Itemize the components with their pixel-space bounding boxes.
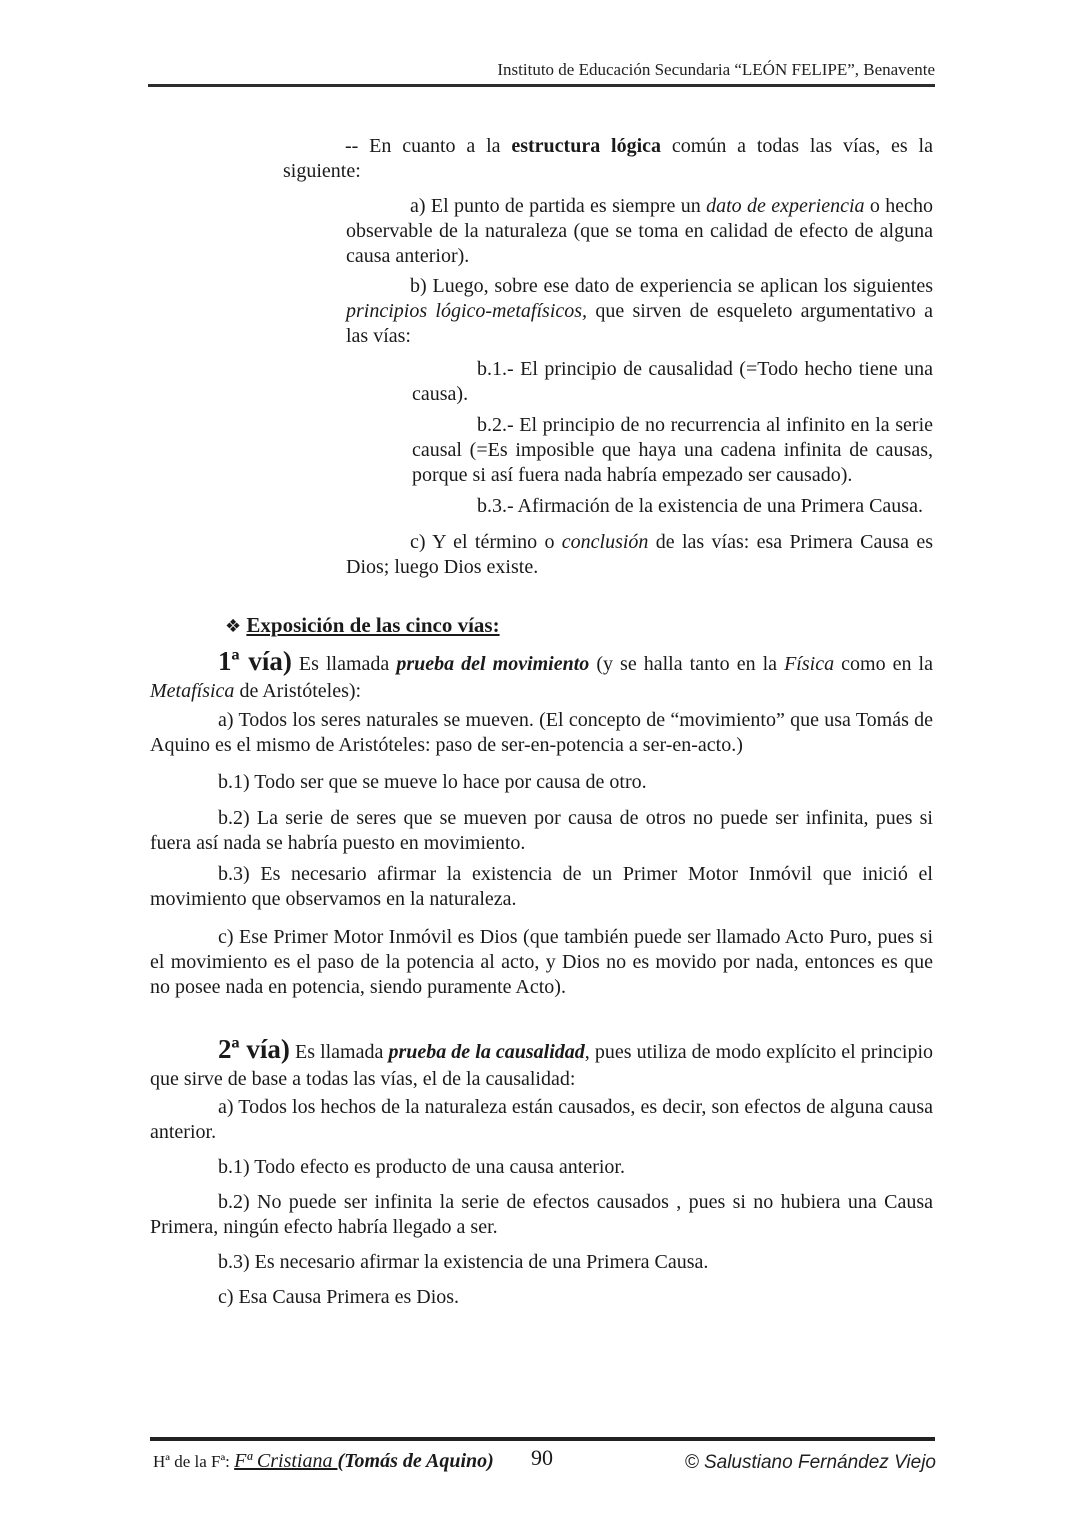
header-rule	[148, 84, 935, 87]
text-segment: c) Y el término o	[410, 531, 562, 553]
text-segment: b.3) Es necesario afirmar la existencia …	[218, 1251, 708, 1273]
text-segment: b.1) Todo efecto es producto de una caus…	[218, 1156, 625, 1178]
paragraph-via2-c: c) Esa Causa Primera es Dios.	[150, 1285, 933, 1310]
paragraph-via1-head: 1ª vía) Es llamada prueba del movimiento…	[150, 648, 933, 705]
paragraph-via2-a: a) Todos los hechos de la naturaleza est…	[150, 1095, 933, 1145]
text-segment: como en la	[834, 653, 933, 675]
text-segment: b.2) La serie de seres que se mueven por…	[150, 807, 933, 854]
text-segment: prueba del movimiento	[396, 653, 589, 675]
paragraph-via2-b2: b.2) No puede ser infinita la serie de e…	[150, 1190, 933, 1240]
text-segment: a) El punto de partida es siempre un	[410, 195, 706, 217]
paragraph-intro-a: a) El punto de partida es siempre un dat…	[346, 194, 933, 269]
footer-rule	[150, 1437, 935, 1441]
paragraph-via1-b2: b.2) La serie de seres que se mueven por…	[150, 806, 933, 856]
text-segment: c) Esa Causa Primera es Dios.	[218, 1286, 459, 1308]
header-institution: Instituto de Educación Secundaria “LEÓN …	[497, 60, 935, 80]
paragraph-intro-c: c) Y el término o conclusión de las vías…	[346, 530, 933, 580]
text-segment: Física	[784, 653, 834, 675]
text-segment: (Tomás de Aquino)	[337, 1450, 493, 1472]
text-segment: estructura lógica	[511, 135, 661, 157]
paragraph-intro-b1: b.1.- El principio de causalidad (=Todo …	[412, 357, 933, 407]
footer-page-number: 90	[531, 1445, 553, 1471]
paragraph-via1-b1: b.1) Todo ser que se mueve lo hace por c…	[150, 770, 933, 795]
text-segment: 2ª vía)	[218, 1034, 290, 1064]
text-segment: b.2) No puede ser infinita la serie de e…	[150, 1191, 933, 1238]
text-segment: prueba de la causalidad	[388, 1041, 584, 1063]
text-segment: Exposición de las cinco vías:	[246, 613, 499, 637]
paragraph-via2-head: 2ª vía) Es llamada prueba de la causalid…	[150, 1036, 933, 1093]
paragraph-via1-a: a) Todos los seres naturales se mueven. …	[150, 708, 933, 758]
paragraph-intro-b2: b.2.- El principio de no recurrencia al …	[412, 413, 933, 488]
text-segment: b.2.- El principio de no recurrencia al …	[412, 414, 933, 486]
text-segment: 1ª vía)	[218, 646, 292, 676]
paragraph-via1-c: c) Ese Primer Motor Inmóvil es Dios (que…	[150, 925, 933, 1000]
text-segment: dato de experiencia	[706, 195, 864, 217]
text-segment: b.1.- El principio de causalidad (=Todo …	[412, 358, 933, 405]
text-segment: Fª Cristiana	[234, 1450, 337, 1472]
text-segment: conclusión	[562, 531, 649, 553]
text-segment: b) Luego, sobre ese dato de experiencia …	[410, 275, 933, 297]
text-segment: b.3.- Afirmación de la existencia de una…	[477, 495, 923, 517]
paragraph-via2-b3: b.3) Es necesario afirmar la existencia …	[150, 1250, 933, 1275]
text-segment: c) Ese Primer Motor Inmóvil es Dios (que…	[150, 926, 933, 998]
diamond-bullet-icon: ❖	[225, 616, 241, 637]
text-segment: Es llamada	[290, 1041, 389, 1063]
footer-course: Hª de la Fª: Fª Cristiana (Tomás de Aqui…	[153, 1449, 494, 1474]
text-segment: -- En cuanto a la	[345, 135, 511, 157]
paragraph-intro-b: b) Luego, sobre ese dato de experiencia …	[346, 274, 933, 349]
text-segment: a) Todos los hechos de la naturaleza est…	[150, 1096, 933, 1143]
paragraph-intro-structure: -- En cuanto a la estructura lógica comú…	[283, 134, 933, 184]
section-heading-text: Exposición de las cinco vías:	[246, 613, 499, 637]
text-segment: b.1) Todo ser que se mueve lo hace por c…	[218, 771, 647, 793]
text-segment: principios lógico-metafísicos,	[346, 300, 587, 322]
text-segment: de Aristóteles):	[234, 680, 361, 702]
page: Instituto de Educación Secundaria “LEÓN …	[0, 0, 1080, 1528]
text-segment: Metafísica	[150, 680, 234, 702]
section-heading: ❖ Exposición de las cinco vías:	[225, 613, 500, 639]
text-segment: (y se halla tanto en la	[589, 653, 784, 675]
paragraph-intro-b3: b.3.- Afirmación de la existencia de una…	[412, 494, 933, 519]
footer-copyright: © Salustiano Fernández Viejo	[685, 1452, 936, 1474]
text-segment: Hª de la Fª:	[153, 1452, 234, 1471]
text-segment: Es llamada	[292, 653, 396, 675]
paragraph-via1-b3: b.3) Es necesario afirmar la existencia …	[150, 862, 933, 912]
text-segment: a) Todos los seres naturales se mueven. …	[150, 709, 933, 756]
paragraph-via2-b1: b.1) Todo efecto es producto de una caus…	[150, 1155, 933, 1180]
text-segment: b.3) Es necesario afirmar la existencia …	[150, 863, 933, 910]
